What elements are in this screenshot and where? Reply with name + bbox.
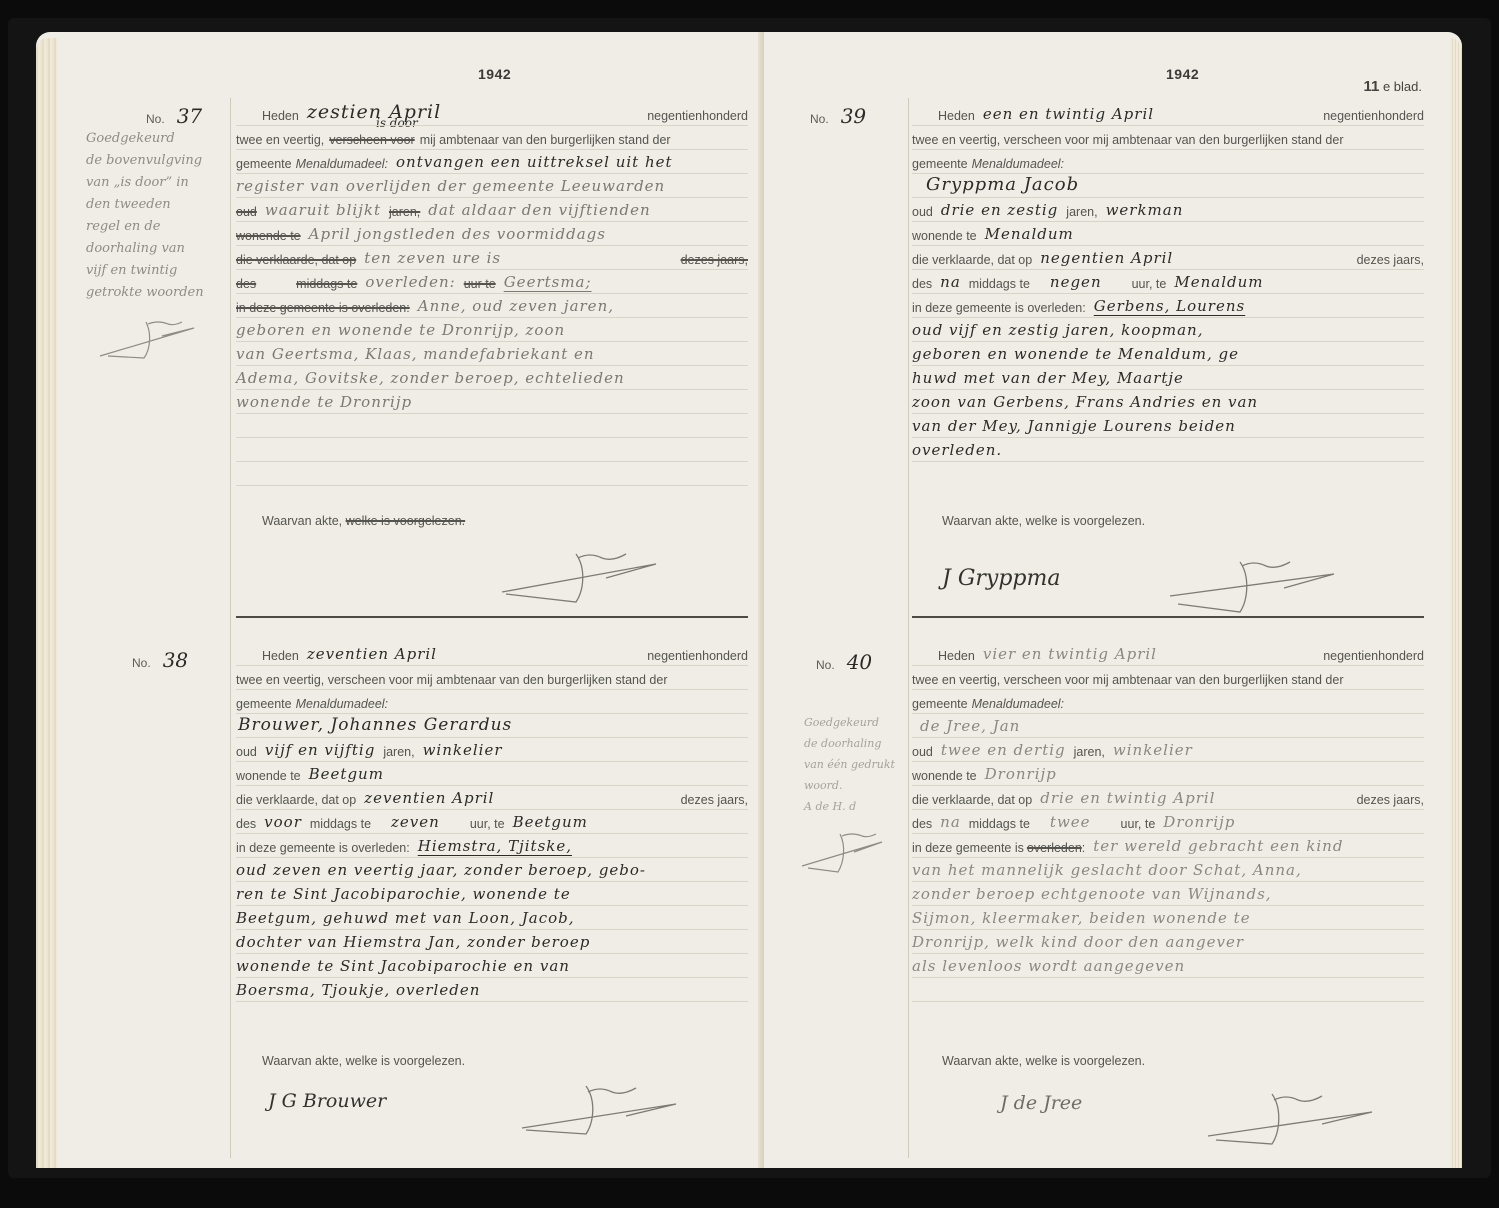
line-8: des voor middags te zeven uur, te Beetgu… [236,810,748,834]
right-page: 1942 11 e blad. No.39 Heden een en twint… [764,32,1462,1168]
closing-statement: Waarvan akte, welke is voorgelezen. [942,1054,1145,1068]
official-signature [496,550,666,606]
line-2: twee en veertig, verscheen voor mij ambt… [912,126,1424,150]
entry-number: No.40 [816,650,872,674]
official-signature [516,1082,686,1138]
line-10: oud vijf en zestig jaren, koopman, [912,318,1424,342]
line-13: dochter van Hiemstra Jan, zonder beroep [236,930,748,954]
margin-approval-note: Goedgekeurd de bovenvulgving van „is doo… [86,128,236,304]
line-9: in deze gemeente is overleden: Hiemstra,… [236,834,748,858]
margin-initials-signature [798,828,908,876]
line-12: Adema, Govitske, zonder beroep, echtelie… [236,366,748,390]
entry-number: No.39 [810,104,866,128]
line-2: twee en veertig, verscheen voor mij ambt… [236,666,748,690]
line-13: wonende te Dronrijp [236,390,748,414]
line-9: in deze gemeente is overleden : ter were… [912,834,1424,858]
page-year: 1942 [1166,66,1199,82]
line-3: gemeente Menaldumadeel: [912,690,1424,714]
margin-initials-signature [94,314,214,364]
line-6: wonende te April jongstleden des voormid… [236,222,748,246]
line-8: des na middags te twee uur, te Dronrijp [912,810,1424,834]
line-8: des middags te overleden: uur te Geertsm… [236,270,748,294]
line-12: Beetgum, gehuwd met van Loon, Jacob, [236,906,748,930]
line-1: Heden zestien April negentienhonderd [236,102,748,126]
line-4: Brouwer, Johannes Gerardus [236,714,748,738]
line-10: oud zeven en veertig jaar, zonder beroep… [236,858,748,882]
line-15 [236,438,748,462]
line-7: die verklaarde, dat op negentien April d… [912,246,1424,270]
entry-number: No.37 [146,104,202,128]
line-9: in deze gemeente is overleden: Anne, oud… [236,294,748,318]
line-4: de Jree, Jan [912,714,1424,738]
record-entry-40: No.40 Goedgekeurd de doorhaling van één … [764,642,1444,1142]
line-13: Dronrijp, welk kind door den aangever [912,930,1424,954]
closing-statement: Waarvan akte, welke is voorgelezen. [262,1054,465,1068]
line-9: in deze gemeente is overleden: Gerbens, … [912,294,1424,318]
line-3: gemeente Menaldumadeel: [912,150,1424,174]
line-15: Boersma, Tjoukje, overleden [236,978,748,1002]
line-7: die verklaarde, dat op ten zeven ure is … [236,246,748,270]
line-8: des na middags te negen uur, te Menaldum [912,270,1424,294]
line-11: ren te Sint Jacobiparochie, wonende te [236,882,748,906]
open-register-book: 1942 No.37 Goedgekeurd de bovenvulgving … [36,30,1468,1170]
line-11: van Geertsma, Klaas, mandefabriekant en [236,342,748,366]
line-11: zonder beroep echtgenoote van Wijnands, [912,882,1424,906]
line-3: gemeente Menaldumadeel: ontvangen een ui… [236,150,748,174]
line-2: twee en veertig, verscheen voor mij ambt… [912,666,1424,690]
line-5: oud drie en zestig jaren, werkman [912,198,1424,222]
line-4: Gryppma Jacob [912,174,1424,198]
line-16 [236,462,748,486]
line-12: huwd met van der Mey, Maartje [912,366,1424,390]
closing-statement: Waarvan akte, welke is voorgelezen. [262,514,465,528]
line-3: gemeente Menaldumadeel: [236,690,748,714]
line-6: wonende te Beetgum [236,762,748,786]
line-1: Heden een en twintig April negentienhond… [912,102,1424,126]
declarant-signature: J Gryppma [942,566,1060,591]
official-signature [1164,556,1344,616]
official-signature [1202,1088,1382,1148]
line-14: van der Mey, Jannigje Lourens beiden [912,414,1424,438]
left-page: 1942 No.37 Goedgekeurd de bovenvulgving … [36,32,764,1168]
line-7: die verklaarde, dat op drie en twintig A… [912,786,1424,810]
line-14 [236,414,748,438]
line-14: als levenloos wordt aangegeven [912,954,1424,978]
line-15: overleden. [912,438,1424,462]
declarant-signature: J G Brouwer [268,1090,386,1112]
entry-divider [912,616,1424,618]
page-year: 1942 [478,66,511,82]
line-12: Sijmon, kleermaker, beiden wonende te [912,906,1424,930]
line-4: register van overlijden der gemeente Lee… [236,174,748,198]
sheet-number: 11 e blad. [1363,78,1422,95]
line-7: die verklaarde, dat op zeventien April d… [236,786,748,810]
line-2: twee en veertig, verscheen voor mij ambt… [236,126,748,150]
line-5: oud twee en dertig jaren, winkelier [912,738,1424,762]
line-6: wonende te Menaldum [912,222,1424,246]
line-10: geboren en wonende te Dronrijp, zoon [236,318,748,342]
closing-statement: Waarvan akte, welke is voorgelezen. [942,514,1145,528]
entry-divider [236,616,748,618]
declarant-signature: J de Jree [1000,1092,1082,1114]
line-14: wonende te Sint Jacobiparochie en van [236,954,748,978]
record-entry-39: No.39 Heden een en twintig April negenti… [764,102,1444,572]
line-1: Heden zeventien April negentienhonderd [236,642,748,666]
line-11: geboren en wonende te Menaldum, ge [912,342,1424,366]
line-15 [912,978,1424,1002]
margin-approval-note: Goedgekeurd de doorhaling van één gedruk… [804,712,914,817]
line-6: wonende te Dronrijp [912,762,1424,786]
record-entry-38: No.38 Heden zeventien April negentienhon… [36,642,748,1142]
line-5: oud vijf en vijftig jaren, winkelier [236,738,748,762]
record-entry-37: No.37 Goedgekeurd de bovenvulgving van „… [36,102,748,572]
line-5: oud waaruit blijkt jaren, dat aldaar den… [236,198,748,222]
line-13: zoon van Gerbens, Frans Andries en van [912,390,1424,414]
entry-number: No.38 [132,648,188,672]
line-1: Heden vier en twintig April negentienhon… [912,642,1424,666]
line-10: van het mannelijk geslacht door Schat, A… [912,858,1424,882]
